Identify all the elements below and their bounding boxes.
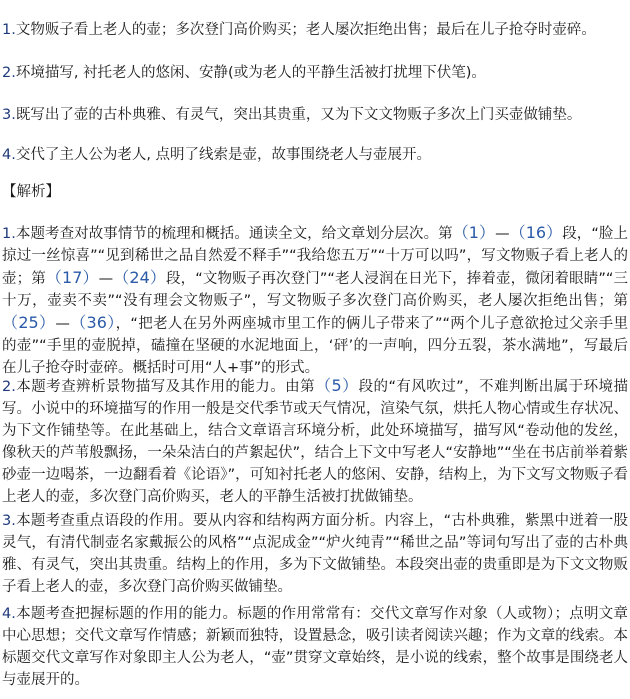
analysis-text: 段的“有风吹过”，不难判断出属于环境描写。小说中的环境描写的作用一般是交代季节或…	[2, 379, 628, 505]
analysis-text: 本题考查对故事情节的梳理和概括。通读全文，给文章划分层次。第	[16, 226, 453, 242]
paragraph-ref: （25）	[2, 313, 55, 332]
paragraph-ref: （1）	[453, 223, 495, 242]
dash: —	[99, 271, 114, 287]
analysis-number: 4.	[2, 606, 16, 622]
analysis-heading: 【解析】	[2, 180, 60, 201]
answer-text: 既写出了壶的古朴典雅、有灵气，突出其贵重，又为下文文物贩子多次上门买壶做铺垫。	[16, 107, 582, 123]
answer-text: 环境描写, 衬托老人的悠闲、安静(或为老人的平静生活被打扰埋下伏笔)。	[16, 65, 486, 81]
analysis-text: 本题考查重点语段的作用。要从内容和结构两方面分析。内容上，“古朴典雅，紫黑中迸着…	[2, 513, 628, 595]
paragraph-ref: （16）	[510, 223, 563, 242]
analysis-number: 2.	[2, 379, 16, 395]
analysis-2: 2.本题考查辨析景物描写及其作用的能力。由第（5）段的“有风吹过”，不难判断出属…	[2, 375, 628, 508]
dash: —	[55, 316, 70, 332]
answer-number: 1.	[2, 22, 16, 38]
answer-document: 1.文物贩子看上老人的壶；多次登门高价购买；老人屡次拒绝出售；最后在儿子抢夺时壶…	[0, 0, 630, 699]
dash: —	[495, 226, 510, 242]
answer-text: 交代了主人公为老人, 点明了线索是壶，故事围绕老人与壶展开。	[16, 147, 431, 163]
answer-3: 3.既写出了壶的古朴典雅、有灵气，突出其贵重，又为下文文物贩子多次上门买壶做铺垫…	[2, 105, 581, 125]
analysis-1: 1.本题考查对故事情节的梳理和概括。通读全文，给文章划分层次。第（1）—（16）…	[2, 222, 628, 379]
analysis-text: 本题考查辨析景物描写及其作用的能力。由第	[16, 379, 315, 395]
answer-number: 4.	[2, 147, 16, 163]
answer-4: 4.交代了主人公为老人, 点明了线索是壶，故事围绕老人与壶展开。	[2, 145, 431, 165]
answer-number: 2.	[2, 65, 16, 81]
answer-2: 2.环境描写, 衬托老人的悠闲、安静(或为老人的平静生活被打扰埋下伏笔)。	[2, 63, 486, 83]
paragraph-ref: （36）	[70, 313, 116, 332]
analysis-number: 1.	[2, 226, 16, 242]
answer-1: 1.文物贩子看上老人的壶；多次登门高价购买；老人屡次拒绝出售；最后在儿子抢夺时壶…	[2, 20, 596, 40]
analysis-number: 3.	[2, 513, 16, 529]
analysis-3: 3.本题考查重点语段的作用。要从内容和结构两方面分析。内容上，“古朴典雅，紫黑中…	[2, 510, 628, 598]
paragraph-ref: （17）	[46, 268, 99, 287]
answer-number: 3.	[2, 107, 16, 123]
paragraph-ref: （24）	[113, 268, 166, 287]
analysis-4: 4.本题考查把握标题的作用的能力。标题的作用常常有：交代文章写作对象（人或物）；…	[2, 603, 628, 691]
paragraph-ref: （5）	[315, 376, 359, 395]
answer-text: 文物贩子看上老人的壶；多次登门高价购买；老人屡次拒绝出售；最后在儿子抢夺时壶碎。	[16, 22, 596, 38]
analysis-text: 本题考查把握标题的作用的能力。标题的作用常常有：交代文章写作对象（人或物）；点明…	[2, 606, 628, 688]
